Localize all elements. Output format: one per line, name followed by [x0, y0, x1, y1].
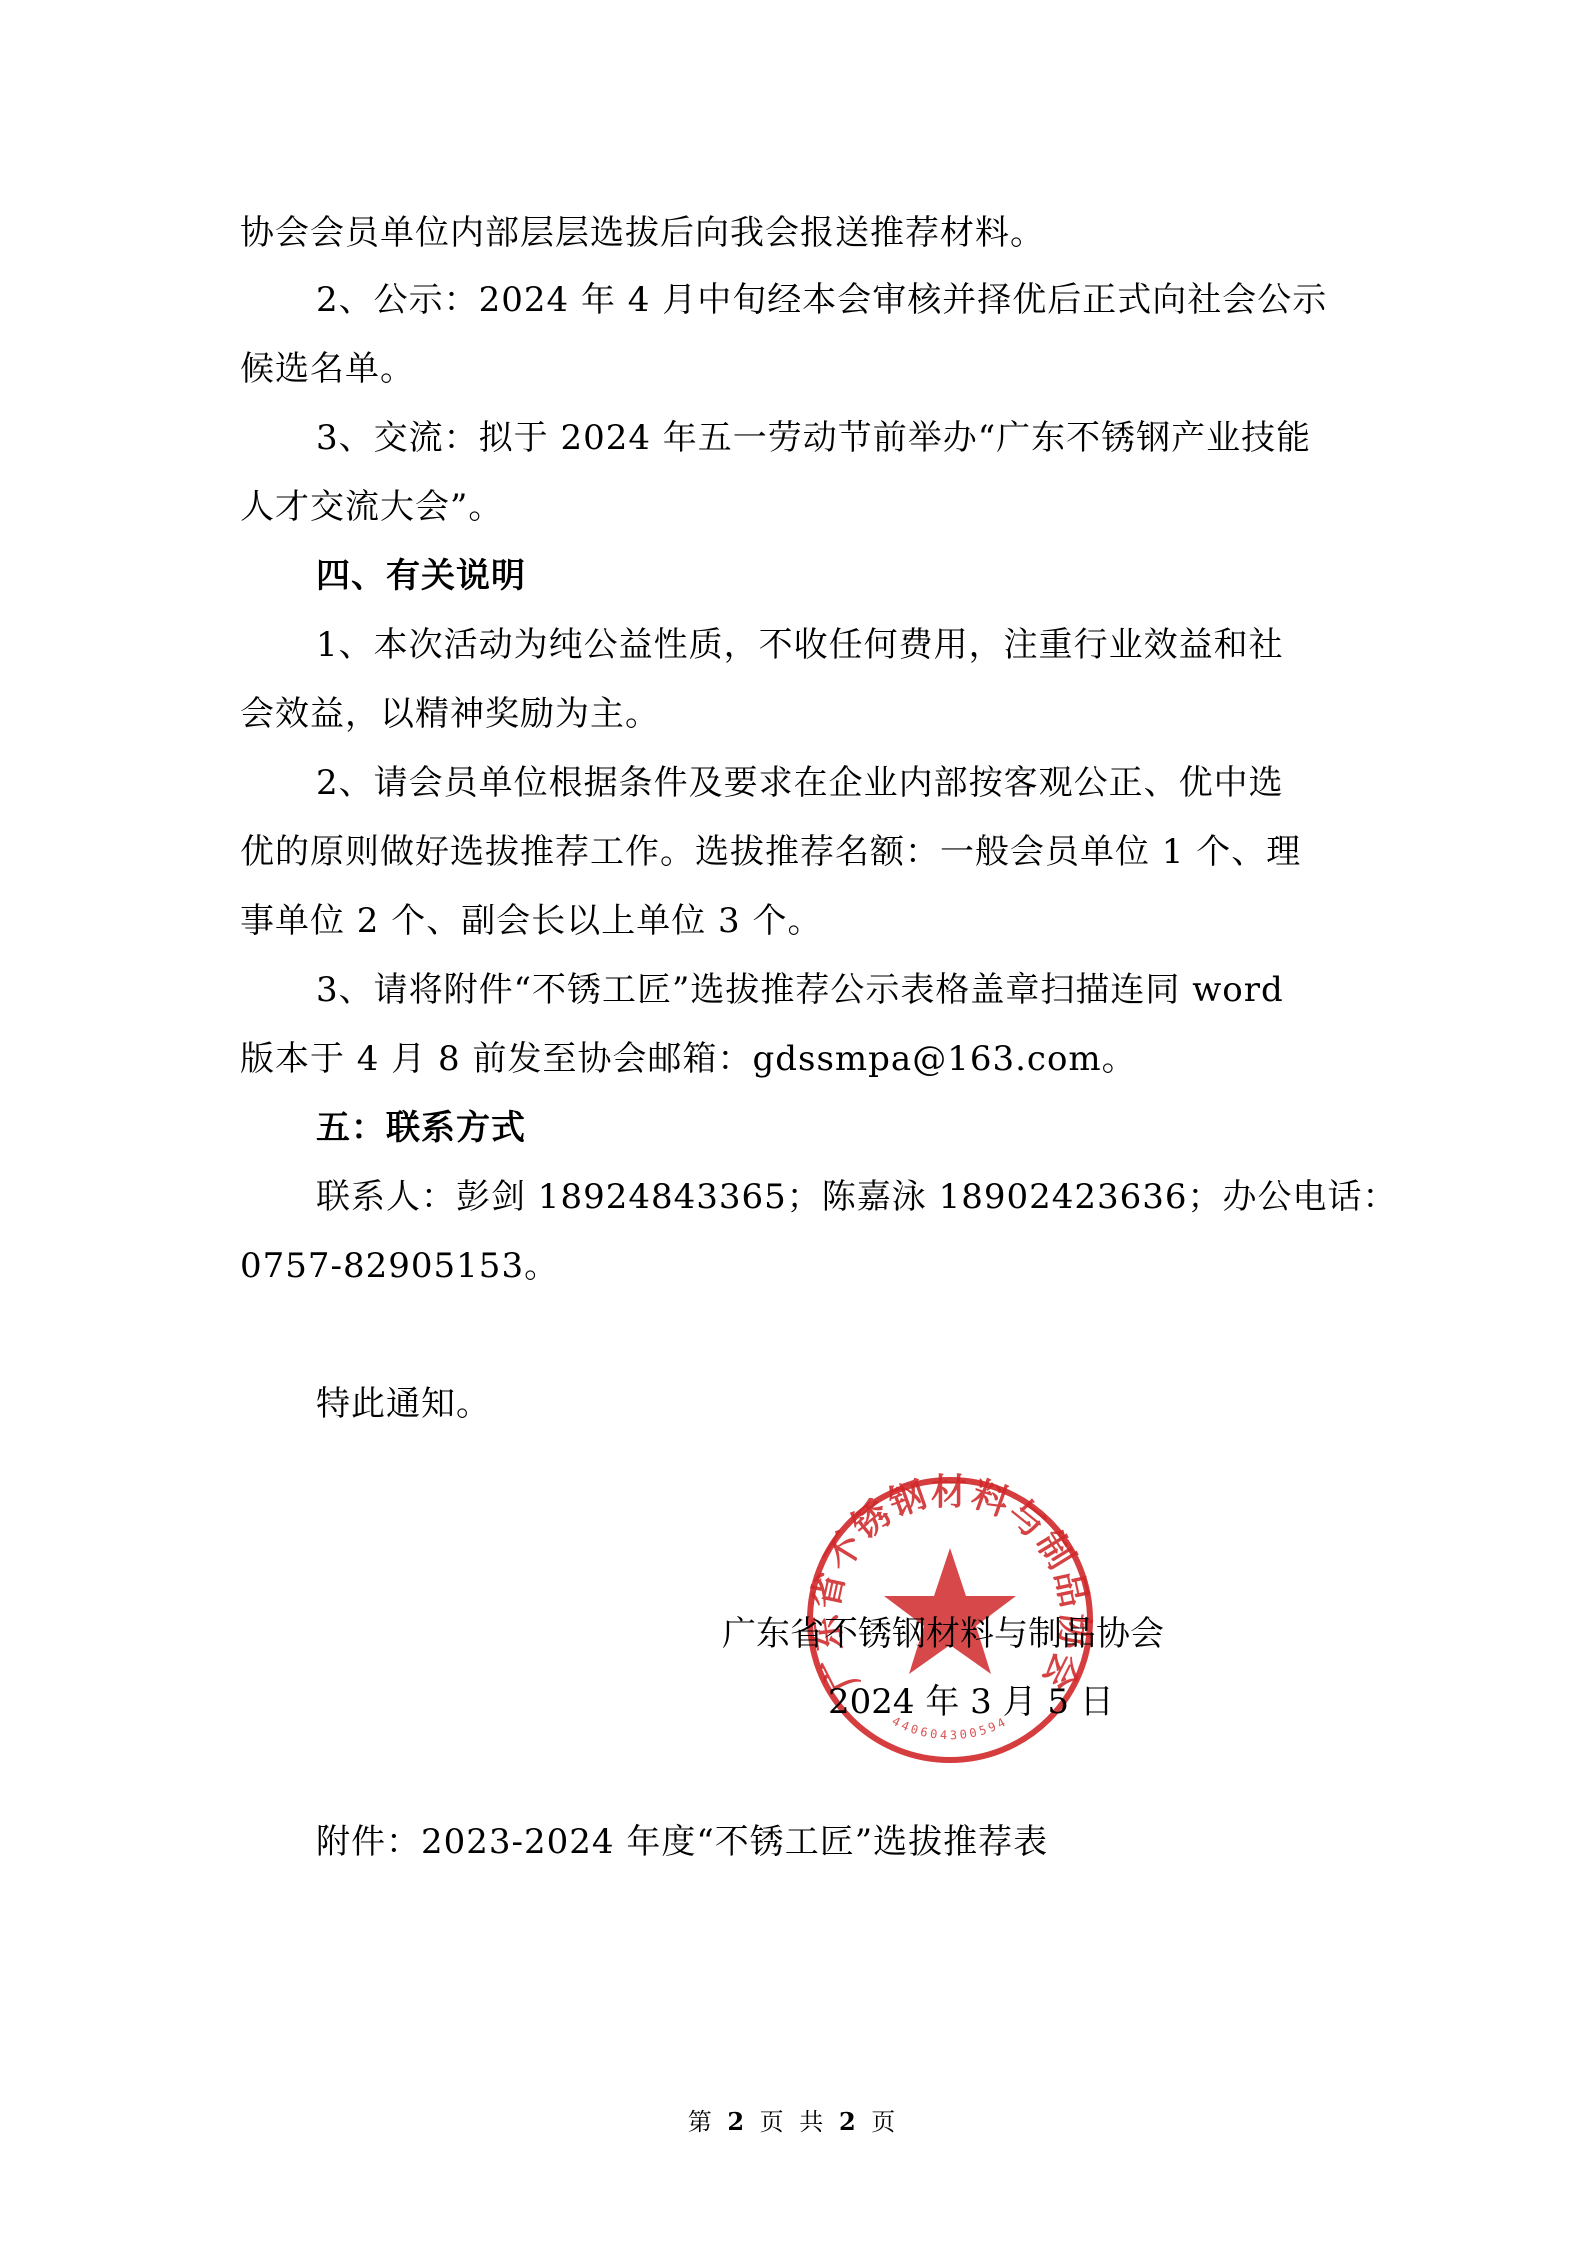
section-heading-5: 五：联系方式: [316, 1108, 526, 1148]
section-heading-4: 四、有关说明: [316, 556, 526, 596]
paragraph-line: 2、请会员单位根据条件及要求在企业内部按客观公正、优中选: [316, 763, 1284, 803]
paragraph-line: 2、公示：2024 年 4 月中旬经本会审核并择优后正式向社会公示: [316, 280, 1327, 320]
footer-prefix: 第: [688, 2108, 716, 2136]
footer-middle: 页 共: [760, 2108, 828, 2136]
paragraph-line: 协会会员单位内部层层选拔后向我会报送推荐材料。: [240, 213, 1045, 253]
phone-line: 0757-82905153。: [240, 1246, 559, 1286]
paragraph-line: 3、交流：拟于 2024 年五一劳动节前举办“广东不锈钢产业技能: [316, 418, 1311, 458]
signature-date: 2024 年 3 月 5 日: [828, 1682, 1114, 1722]
paragraph-line: 事单位 2 个、副会长以上单位 3 个。: [240, 901, 823, 941]
email-line: 版本于 4 月 8 前发至协会邮箱：gdssmpa@163.com。: [240, 1039, 1137, 1079]
paragraph-line: 3、请将附件“不锈工匠”选拔推荐公示表格盖章扫描连同 word: [316, 970, 1284, 1010]
document-page: 协会会员单位内部层层选拔后向我会报送推荐材料。 2、公示：2024 年 4 月中…: [0, 0, 1587, 2245]
paragraph-line: 人才交流大会”。: [240, 487, 503, 527]
closing-text: 特此通知。: [316, 1384, 491, 1424]
paragraph-line: 1、本次活动为纯公益性质，不收任何费用，注重行业效益和社: [316, 625, 1284, 665]
paragraph-line: 候选名单。: [240, 349, 415, 389]
signature-organization: 广东省不锈钢材料与制品协会: [722, 1614, 1164, 1654]
footer-current-page: 2: [727, 2107, 748, 2136]
attachment-line: 附件：2023-2024 年度“不锈工匠”选拔推荐表: [316, 1822, 1048, 1862]
contact-line: 联系人：彭剑 18924843365；陈嘉泳 18902423636；办公电话：: [316, 1177, 1398, 1217]
paragraph-line: 优的原则做好选拔推荐工作。选拔推荐名额：一般会员单位 1 个、理: [240, 832, 1301, 872]
paragraph-line: 会效益，以精神奖励为主。: [240, 694, 660, 734]
footer-suffix: 页: [871, 2108, 899, 2136]
page-footer: 第 2 页 共 2 页: [0, 2102, 1587, 2137]
footer-total-pages: 2: [839, 2107, 860, 2136]
